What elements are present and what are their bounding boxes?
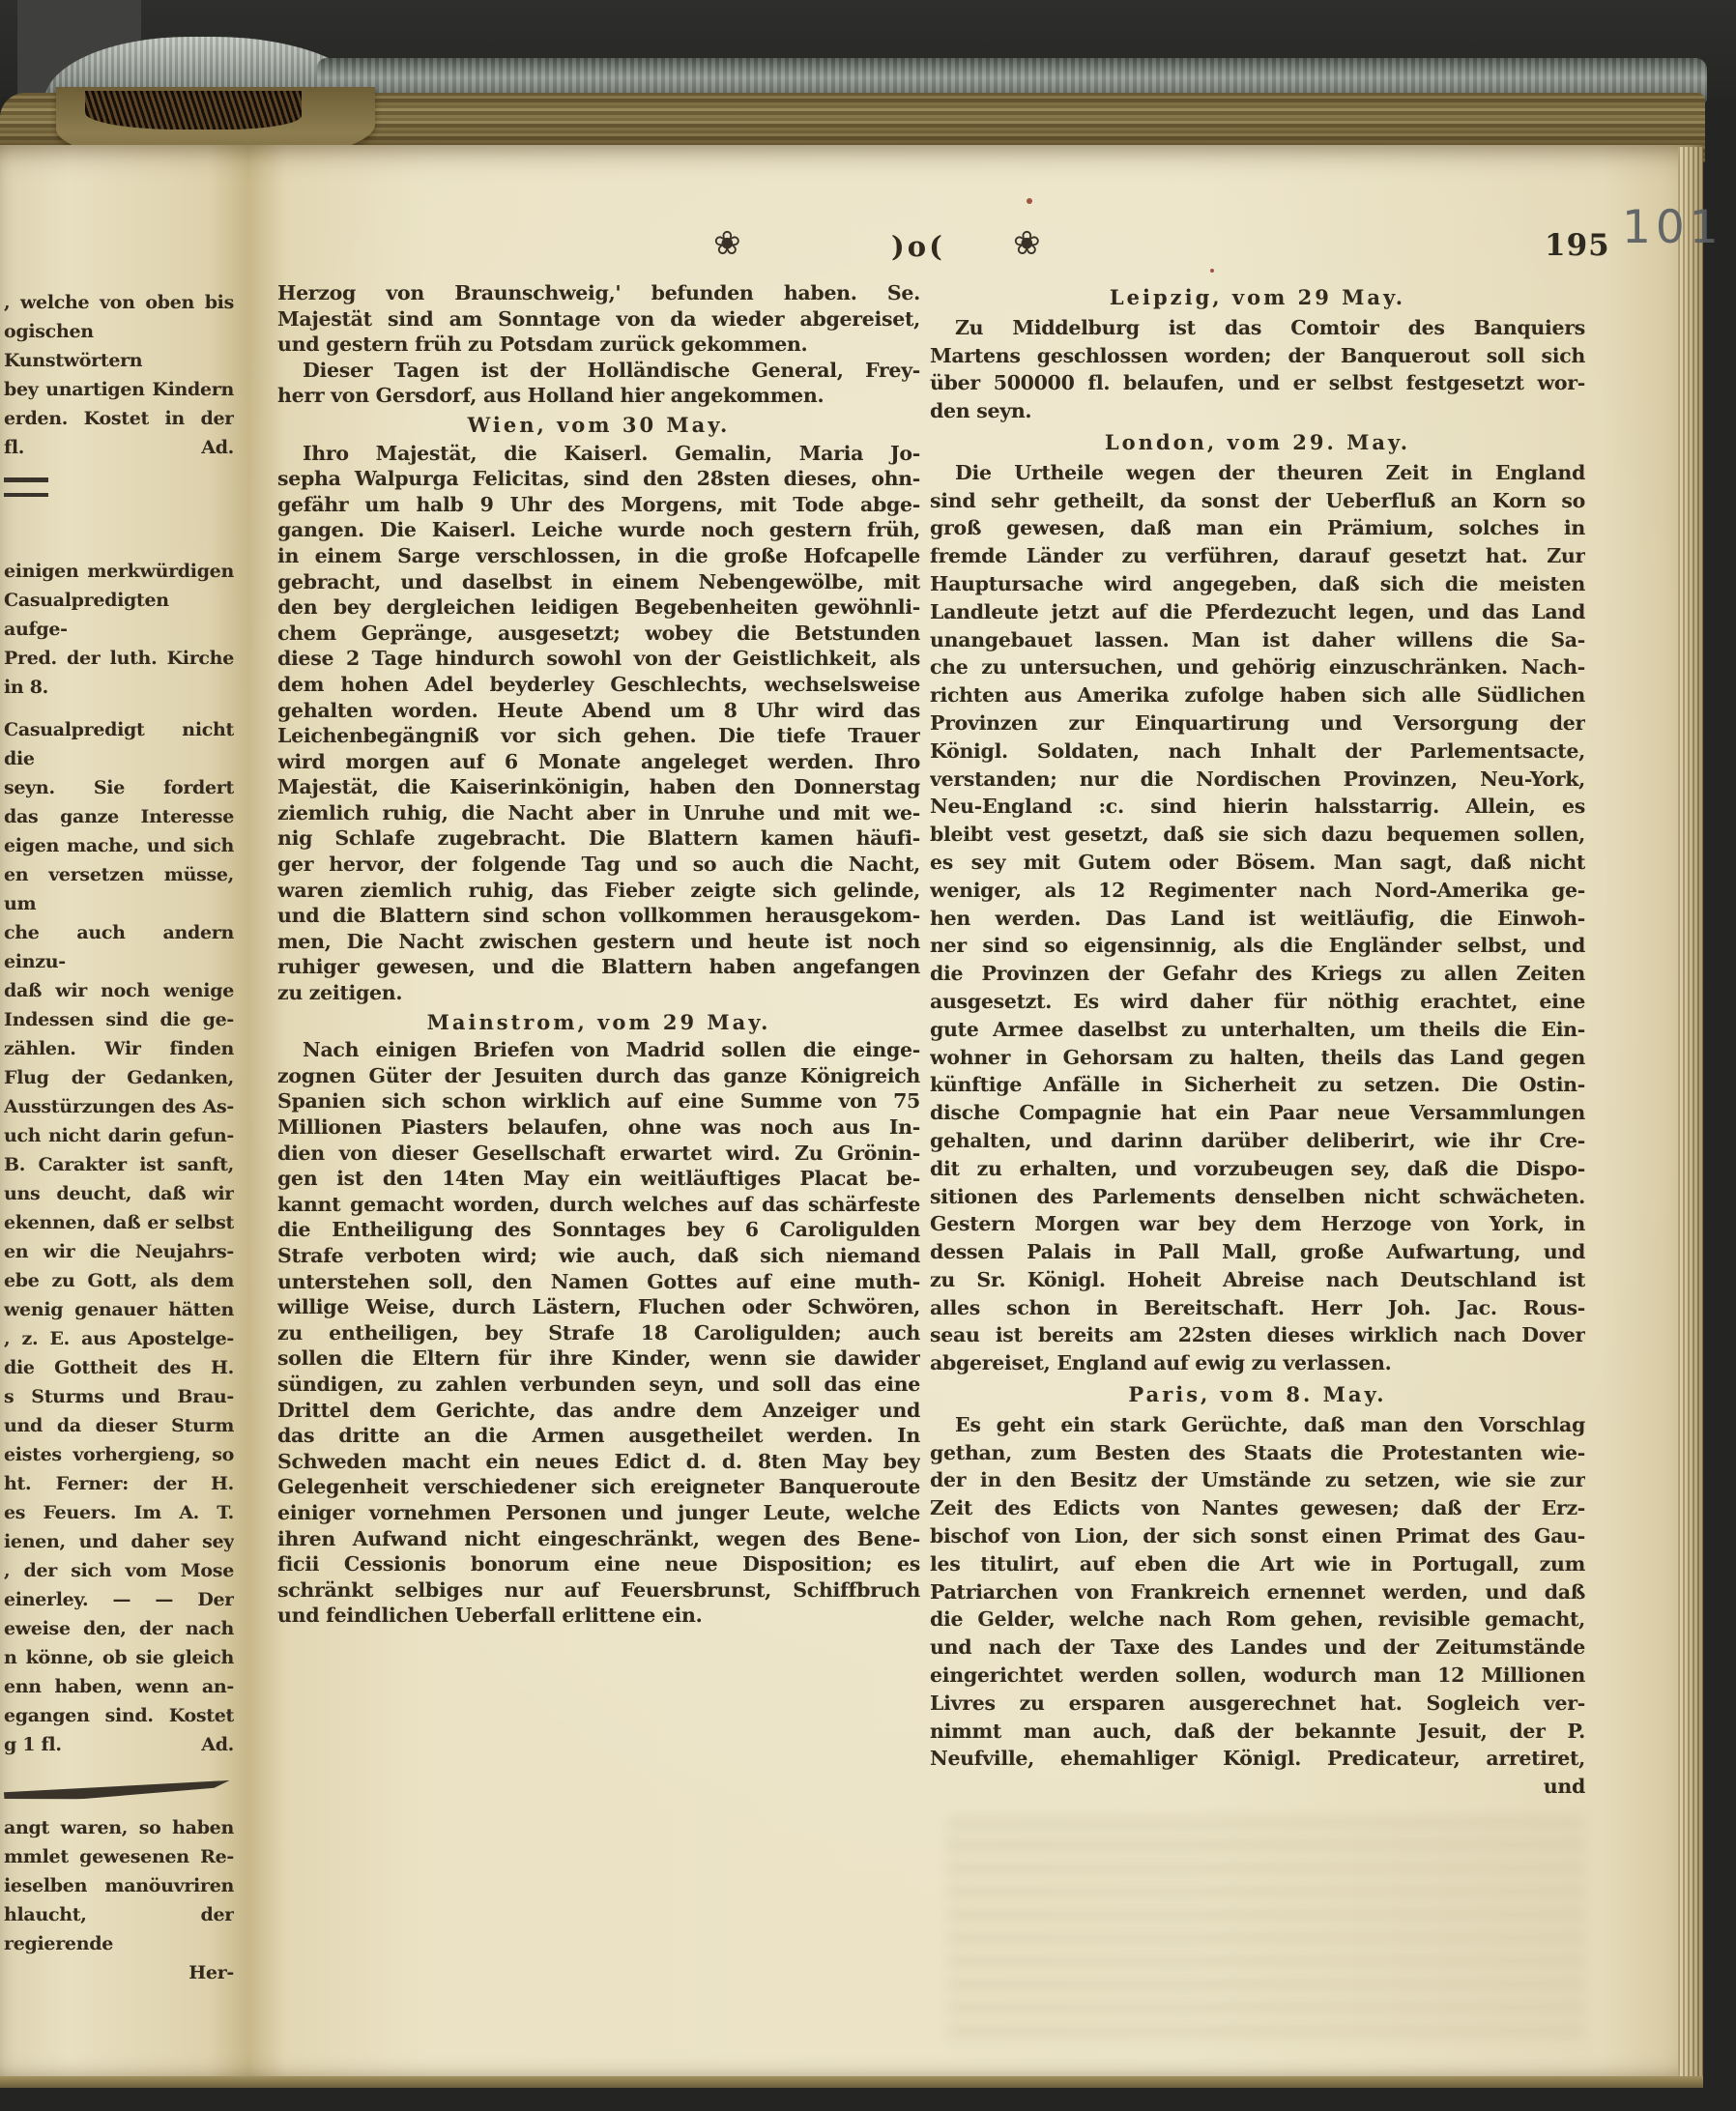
text-line: B. Carakter ist sanft,: [4, 1150, 234, 1179]
text-line: n könne, ob sie gleich: [4, 1643, 234, 1672]
text-line: g 1 fl.Ad.: [4, 1730, 234, 1759]
ink-show-through: [947, 1817, 1585, 2049]
text-line: , der sich vom Mose: [4, 1556, 234, 1585]
text-line: Schweden macht ein neues Edict d. d. 8te…: [277, 1449, 920, 1475]
text-line: einiger vornehmen Personen und junger Le…: [277, 1500, 920, 1526]
text-line: Paris, vom 8. May.: [930, 1381, 1585, 1409]
text-line: Leipzig, vom 29 May.: [930, 284, 1585, 312]
text-line: unangebauet lassen. Man ist daher willen…: [930, 626, 1585, 654]
text-line: che auch andern einzu-: [4, 918, 234, 976]
text-line: und da dieser Sturm: [4, 1411, 234, 1440]
text-line: Flug der Gedanken,: [4, 1063, 234, 1092]
text-line: Neufville, ehemahliger Königl. Predicate…: [930, 1745, 1585, 1773]
library-stamp: 101: [1622, 201, 1723, 254]
text-line: ht. Ferner: der H.: [4, 1469, 234, 1498]
text-line: Patriarchen von Frankreich ernennet werd…: [930, 1578, 1585, 1606]
text-line: gute Armee daselbst zu unterhalten, um t…: [930, 1016, 1585, 1044]
text-line: Leichenbegängniß vor sich gehen. Die tie…: [277, 723, 920, 749]
text-line: diese 2 Tage hindurch sowohl von der Gei…: [277, 646, 920, 672]
text-line: Es geht ein stark Gerüchte, daß man den …: [930, 1411, 1585, 1439]
text-line: waren ziemlich ruhig, das Fieber zeigte …: [277, 878, 920, 904]
text-line: Gestern Morgen war bey dem Herzoge von Y…: [930, 1210, 1585, 1238]
paper-speck: [1027, 198, 1032, 204]
text-line: Indessen sind die ge-: [4, 1005, 234, 1034]
text-line: en wir die Neujahrs-: [4, 1237, 234, 1266]
text-line: Pred. der luth. Kirche: [4, 644, 234, 673]
text-line: ekennen, daß er selbst: [4, 1208, 234, 1237]
text-line: es Feuers. Im A. T.: [4, 1498, 234, 1527]
text-line: zählen. Wir finden: [4, 1034, 234, 1063]
text-line: der in den Besitz der Umstände zu setzen…: [930, 1466, 1585, 1494]
text-line: Livres zu ersparen ausgerechnet hat. Sog…: [930, 1690, 1585, 1718]
text-line: erden. Kostet in der: [4, 404, 234, 433]
text-line: das ganze Interesse: [4, 802, 234, 831]
text-line: schränkt selbiges nur auf Feuersbrunst, …: [277, 1577, 920, 1604]
text-line: Majestät, die Kaiserinkönigin, haben den…: [277, 774, 920, 800]
text-line: bleibt vest gesetzt, daß sie sich dazu b…: [930, 821, 1585, 849]
text-line: gefähr um halb 9 Uhr des Morgens, mit To…: [277, 492, 920, 518]
text-line: künftige Anfälle in Sicherheit zu setzen…: [930, 1071, 1585, 1099]
left-partial-column: , welche von oben bisogischen Kunstwörte…: [4, 288, 234, 1987]
text-line: eingerichtet werden sollen, wodurch man …: [930, 1662, 1585, 1690]
text-line: sitionen des Parlements denselben nicht …: [930, 1183, 1585, 1211]
text-line: ihren Aufwand nicht eingeschränkt, wegen…: [277, 1526, 920, 1552]
text-line: zognen Güter der Jesuiten durch das ganz…: [277, 1063, 920, 1089]
text-line: sepha Walpurga Felicitas, sind den 28ste…: [277, 466, 920, 492]
text-line: unterstehen soll, den Namen Gottes auf e…: [277, 1269, 920, 1295]
text-line: [4, 477, 48, 497]
text-line: ausgesetzt. Es wird daher für nöthig era…: [930, 988, 1585, 1016]
text-line: alles schon in Bereitschaft. Herr Joh. J…: [930, 1294, 1585, 1322]
text-line: kannt gemacht worden, durch welches auf …: [277, 1192, 920, 1218]
text-line: Provinzen zur Einquartirung und Versorgu…: [930, 709, 1585, 737]
text-line: ficii Cessionis bonorum eine neue Dispos…: [277, 1551, 920, 1577]
text-line: nimmt man auch, daß der bekannte Jesuit,…: [930, 1718, 1585, 1746]
text-line: Ihro Majestät, die Kaiserl. Gemalin, Mar…: [277, 441, 920, 467]
text-line: einerley. — — Der: [4, 1585, 234, 1614]
text-line: Spanien sich schon wirklich auf eine Sum…: [277, 1088, 920, 1114]
text-line: zu entheiligen, bey Strafe 18 Caroliguld…: [277, 1320, 920, 1346]
text-line: Neu-England :c. sind hierin halsstarrig.…: [930, 793, 1585, 821]
text-line: sündigen, zu zahlen verbunden seyn, und …: [277, 1372, 920, 1398]
page-bottom-edge: [0, 2076, 1703, 2088]
text-line: Casualpredigt nicht die: [4, 715, 234, 773]
text-line: [4, 1780, 230, 1802]
text-line: gehalten, und darinn darüber deliberirt,…: [930, 1127, 1585, 1155]
text-line: angt waren, so haben: [4, 1813, 234, 1842]
text-line: uns deucht, daß wir: [4, 1179, 234, 1208]
text-line: dit zu erhalten, und vorzubeugen sey, da…: [930, 1155, 1585, 1183]
shell-ornament-right-icon: ❀: [1013, 224, 1041, 263]
text-line: herr von Gersdorf, aus Holland hier ange…: [277, 383, 920, 409]
text-fragment: fl.: [4, 433, 24, 462]
text-line: uch nicht darin gefun-: [4, 1121, 234, 1150]
text-line: London, vom 29. May.: [930, 429, 1585, 457]
text-line: hen werden. Das Land ist weitläufig, die…: [930, 905, 1585, 933]
text-line: Hauptursache wird angegeben, daß sich di…: [930, 570, 1585, 598]
text-line: sollen die Eltern für ihre Kinder, wenn …: [277, 1345, 920, 1372]
text-line: dische Compagnie hat ein Paar neue Versa…: [930, 1099, 1585, 1127]
text-line: Strafe verboten wird; wie auch, daß sich…: [277, 1243, 920, 1269]
text-line: Landleute jetzt auf die Pferdezucht lege…: [930, 598, 1585, 626]
text-line: das dritte an die Armen ausgetheilet wer…: [277, 1423, 920, 1449]
text-line: ienen, und daher sey: [4, 1527, 234, 1556]
text-line: bischof von Lion, der sich sonst einen P…: [930, 1522, 1585, 1550]
text-line: daß wir noch wenige: [4, 976, 234, 1005]
text-line: Zu Middelburg ist das Comtoir des Banqui…: [930, 314, 1585, 342]
page-fore-edge: [1678, 147, 1703, 2076]
text-line: die Entheiligung des Sonntages bey 6 Car…: [277, 1217, 920, 1243]
text-line: enn haben, wenn an-: [4, 1672, 234, 1701]
text-fragment: Ad.: [201, 433, 234, 462]
text-line: Ausstürzungen des As-: [4, 1092, 234, 1121]
text-line: eistes vorhergieng, so: [4, 1440, 234, 1469]
text-line: ziemlich ruhig, die Nacht aber in Unruhe…: [277, 800, 920, 826]
text-line: eigen mache, und sich: [4, 831, 234, 860]
text-line: wird morgen auf 6 Monate angeleget werde…: [277, 749, 920, 775]
text-line: den seyn.: [930, 397, 1585, 425]
text-line: verstanden; nur die Nordischen Provinzen…: [930, 766, 1585, 794]
text-line: die Provinzen der Gefahr des Kriegs zu a…: [930, 960, 1585, 988]
text-line: gebracht, und daselbst in einem Nebengew…: [277, 569, 920, 595]
text-line: seyn. Sie fordert: [4, 773, 234, 802]
printer-mark: )o(: [891, 230, 945, 263]
text-line: Her-: [4, 1958, 234, 1987]
text-line: über 500000 fl. belaufen, und er selbst …: [930, 369, 1585, 397]
text-line: und gestern früh zu Potsdam zurück gekom…: [277, 332, 920, 358]
text-line: Herzog von Braunschweig,' befunden haben…: [277, 280, 920, 306]
text-line: Majestät sind am Sonntage von da wieder …: [277, 306, 920, 333]
text-line: Martens geschlossen worden; der Banquero…: [930, 342, 1585, 370]
text-line: bey unartigen Kindern: [4, 375, 234, 404]
text-line: gehalten worden. Heute Abend um 8 Uhr wi…: [277, 698, 920, 724]
text-line: men, Die Nacht zwischen gestern und heut…: [277, 929, 920, 955]
text-line: richten aus Amerika zufolge haben sich a…: [930, 681, 1585, 709]
text-line: Gelegenheit verschiedener sich ereignete…: [277, 1474, 920, 1500]
paper-speck: [1210, 269, 1214, 273]
text-line: es sey mit Gutem oder Bösem. Man sagt, d…: [930, 849, 1585, 877]
text-line: Mainstrom, vom 29 May.: [277, 1010, 920, 1036]
text-line: zu zeitigen.: [277, 980, 920, 1006]
text-line: che zu untersuchen, und gehörig einzusch…: [930, 653, 1585, 681]
news-column-2: Leipzig, vom 29 May.Zu Middelburg ist da…: [930, 280, 1585, 1801]
text-line: seau ist bereits am 22sten dieses wirkli…: [930, 1321, 1585, 1349]
binding-threads: [85, 91, 302, 130]
text-line: ieselben manöuvriren: [4, 1871, 234, 1900]
text-line: Zeit des Edicts von Nantes gewesen; daß …: [930, 1494, 1585, 1522]
text-line: , z. E. aus Apostelge-: [4, 1324, 234, 1353]
text-line: chem Gepränge, ausgesetzt; wobey die Bet…: [277, 621, 920, 647]
text-line: fremde Länder zu verführen, darauf geset…: [930, 542, 1585, 570]
text-line: gen ist den 14ten May ein weitläuftiges …: [277, 1166, 920, 1192]
text-fragment: Ad.: [201, 1730, 234, 1759]
text-line: Drittel dem Gerichte, das andre dem Anze…: [277, 1398, 920, 1424]
text-line: die Gottheit des H.: [4, 1353, 234, 1382]
text-line: Nach einigen Briefen von Madrid sollen d…: [277, 1037, 920, 1063]
text-line: groß gewesen, daß man ein Prämium, solch…: [930, 514, 1585, 542]
text-line: en versetzen müsse, um: [4, 860, 234, 918]
text-line: in einem Sarge verschlossen, in die groß…: [277, 543, 920, 569]
text-line: weniger, als 12 Regimenter nach Nord-Ame…: [930, 877, 1585, 905]
text-line: dem hohen Adel beyderley Geschlechts, we…: [277, 672, 920, 698]
text-line: les titulirt, auf eben die Art wie in Po…: [930, 1550, 1585, 1578]
text-line: Wien, vom 30 May.: [277, 413, 920, 439]
text-line: eweise den, der nach: [4, 1614, 234, 1643]
text-line: gethan, zum Besten des Staats die Protes…: [930, 1439, 1585, 1467]
text-line: dessen Palais in Pall Mall, große Aufwar…: [930, 1238, 1585, 1266]
text-line: [4, 702, 234, 715]
text-line: abgereiset, England auf ewig zu verlasse…: [930, 1349, 1585, 1377]
text-line: Millionen Piasters belaufen, ohne was no…: [277, 1114, 920, 1141]
text-line: und die Blattern sind schon vollkommen h…: [277, 903, 920, 929]
text-line: ruhiger gewesen, und die Blattern haben …: [277, 954, 920, 980]
page-number: 195: [1545, 228, 1610, 263]
text-line: ebe zu Gott, als dem: [4, 1266, 234, 1295]
text-line: ner sind so eigensinnig, als die Engländ…: [930, 932, 1585, 960]
text-line: Dieser Tagen ist der Holländische Genera…: [277, 358, 920, 384]
text-line: Königl. Soldaten, nach Inhalt der Parlem…: [930, 737, 1585, 766]
text-line: egangen sind. Kostet: [4, 1701, 234, 1730]
text-line: s Sturms und Brau-: [4, 1382, 234, 1411]
text-line: nig Schlafe zugebracht. Die Blattern kam…: [277, 825, 920, 852]
text-line: und: [930, 1773, 1585, 1801]
text-line: ogischen Kunstwörtern: [4, 317, 234, 375]
text-line: wenig genauer hätten: [4, 1295, 234, 1324]
text-line: mmlet gewesenen Re-: [4, 1842, 234, 1871]
text-line: ger hervor, der folgende Tag und so auch…: [277, 852, 920, 878]
text-line: wohner in Gehorsam zu halten, theils das…: [930, 1044, 1585, 1072]
text-fragment: g 1 fl.: [4, 1730, 62, 1759]
text-line: und nach der Taxe des Landes und der Zei…: [930, 1634, 1585, 1662]
text-line: Casualpredigten aufge-: [4, 586, 234, 644]
text-line: dien von dieser Gesellschaft erwartet wi…: [277, 1141, 920, 1167]
text-line: einigen merkwürdigen: [4, 557, 234, 586]
shell-ornament-left-icon: ❀: [713, 224, 741, 263]
text-line: Die Urtheile wegen der theuren Zeit in E…: [930, 459, 1585, 487]
news-column-1: Herzog von Braunschweig,' befunden haben…: [277, 280, 920, 1629]
text-line: hlaucht, der regierende: [4, 1900, 234, 1958]
text-line: willige Weise, durch Lästern, Fluchen od…: [277, 1294, 920, 1320]
book-scan: { "scan": { "printed_page_number": "195"…: [0, 0, 1736, 2111]
text-line: in 8.: [4, 673, 234, 702]
text-line: , welche von oben bis: [4, 288, 234, 317]
text-line: fl.Ad.: [4, 433, 234, 462]
text-line: zu Sr. Königl. Hoheit Abreise nach Deuts…: [930, 1266, 1585, 1294]
text-line: und feindlichen Ueberfall erlittene ein.: [277, 1603, 920, 1629]
text-line: die Gelder, welche nach Rom gehen, revis…: [930, 1605, 1585, 1634]
text-line: sind sehr getheilt, da sonst der Ueberfl…: [930, 487, 1585, 515]
text-line: den bey dergleichen leidigen Begebenheit…: [277, 594, 920, 621]
text-line: gangen. Die Kaiserl. Leiche wurde noch g…: [277, 517, 920, 543]
